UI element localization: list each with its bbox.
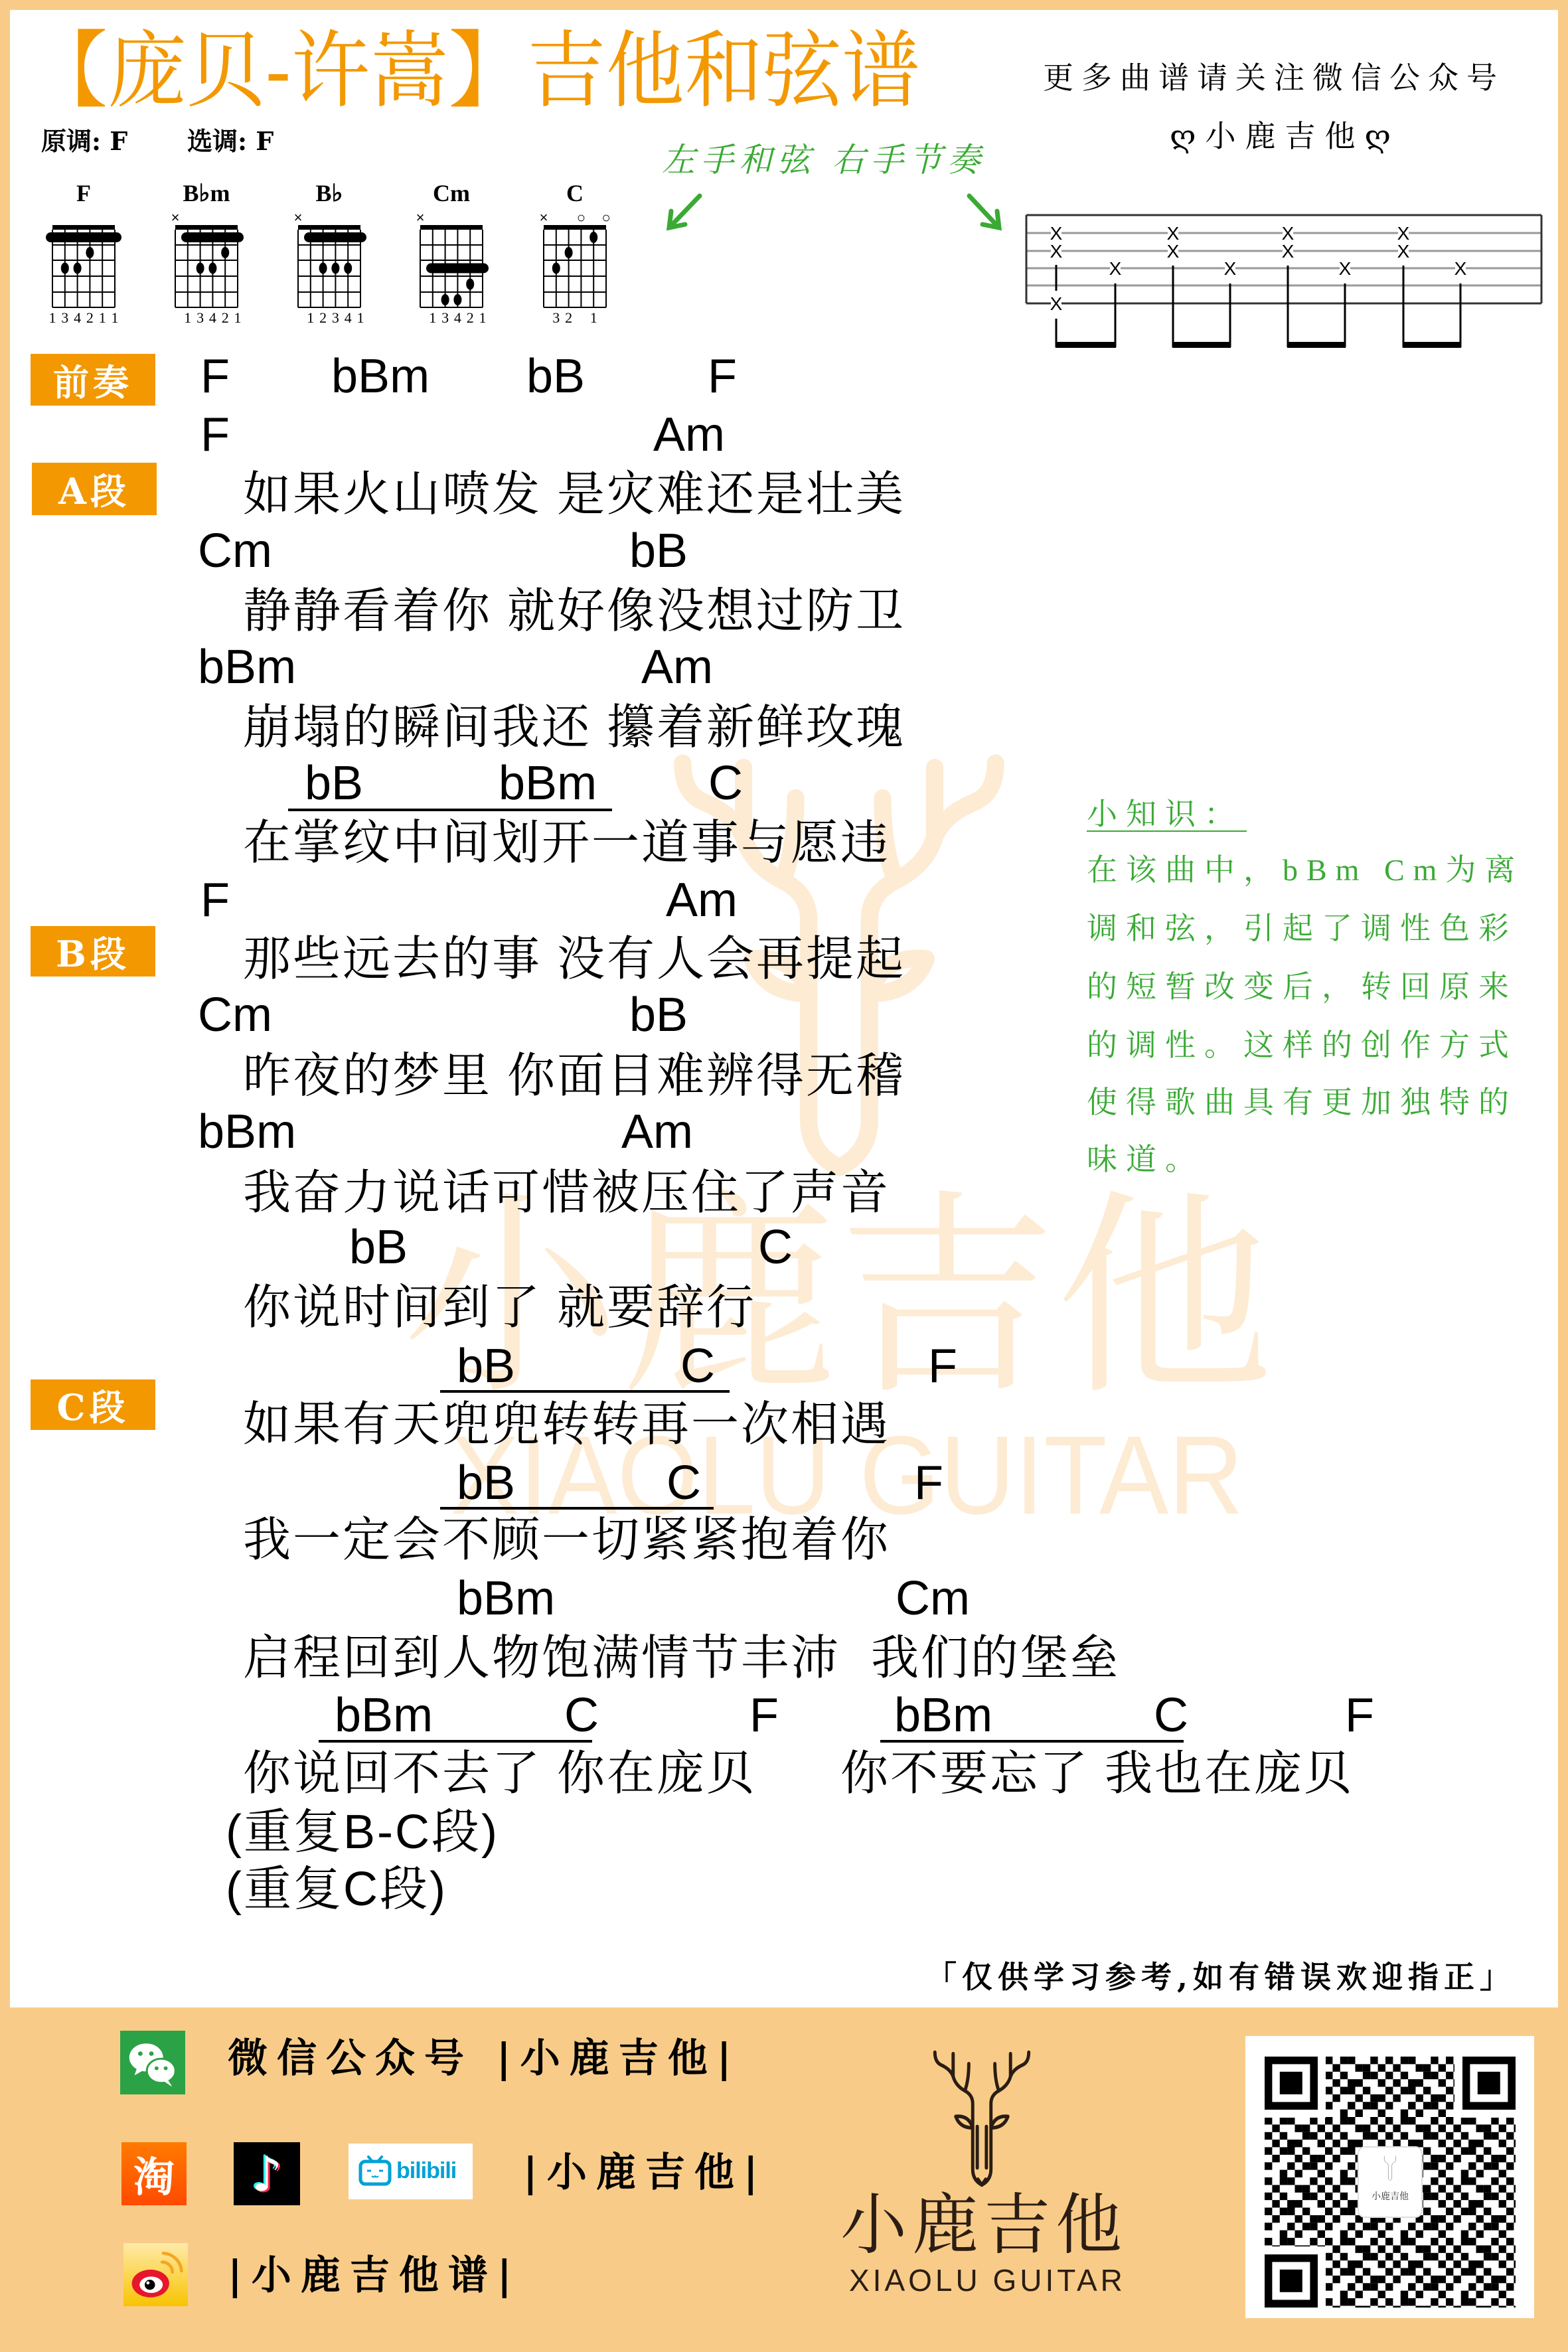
finger-number: 3 <box>552 309 560 326</box>
chord: C <box>666 1453 701 1513</box>
qr-finder-bottom-left <box>1265 2246 1326 2308</box>
tab-note: X <box>1282 241 1294 262</box>
tips-line: 使得歌曲具有更加独特的 <box>1087 1083 1518 1123</box>
finger-number: 2 <box>222 309 229 326</box>
tips-line: 的短暂改变后，转回原来 <box>1087 967 1518 1007</box>
chord-group-underline <box>440 1507 714 1510</box>
barre-icon <box>304 232 366 242</box>
tab-note: X <box>1109 258 1122 279</box>
chord: F <box>708 347 737 406</box>
section-label-intro: 前奏 <box>31 354 155 406</box>
finger-number: 2 <box>319 309 327 326</box>
finger-number: 4 <box>345 309 352 326</box>
chord: F <box>200 347 230 406</box>
finger-number: 1 <box>429 309 436 326</box>
taobao-icon: 淘 <box>121 2142 187 2205</box>
qr-code: 小鹿吉他 <box>1265 2057 1516 2308</box>
chord: F <box>914 1453 943 1513</box>
deer-logo-icon <box>910 2048 1054 2191</box>
lyric-line: 你说时间到了 就要辞行 <box>243 1278 756 1338</box>
chord: bBm <box>198 637 296 697</box>
bilibili-icon: bilibili <box>349 2144 473 2199</box>
tab-note: X <box>1050 293 1063 314</box>
open-string-icon: ○ <box>577 209 586 226</box>
tiktok-icon-glyph: ♪ <box>252 2146 282 2202</box>
finger-number: 1 <box>49 309 56 326</box>
chord: bB <box>457 1336 515 1396</box>
tips-line: 在该曲中，bBm Cm为离 <box>1087 850 1524 890</box>
chord: bBm <box>499 753 597 813</box>
tips-line: 味道。 <box>1087 1140 1204 1180</box>
finger-number: 3 <box>196 309 204 326</box>
lyric-line: 如果有天兜兜转转再一次相遇 <box>243 1395 890 1454</box>
finger-number: 2 <box>86 309 94 326</box>
chord: bB <box>629 521 688 581</box>
tips-title: 小知识： <box>1087 795 1243 834</box>
tab-note: X <box>1339 258 1352 279</box>
taobao-icon-glyph: 淘 <box>133 2144 175 2203</box>
finger-number: 1 <box>307 309 314 326</box>
chord: bB <box>349 1217 408 1277</box>
lyric-line: 我奋力说话可惜被压住了声音 <box>243 1163 890 1223</box>
lyric-line: 你说回不去了 你在庞贝 <box>243 1744 756 1804</box>
lyric-line: 静静看着你 就好像没想过防卫 <box>243 582 905 641</box>
finger-number: 3 <box>441 309 449 326</box>
chord: Cm <box>896 1569 970 1628</box>
lyric-line: 崩塌的瞬间我还 攥着新鲜玫瑰 <box>243 698 905 757</box>
muted-string-icon: × <box>294 209 303 226</box>
tips-line: 调和弦，引起了调性色彩 <box>1087 909 1518 949</box>
logo-brand-cn: 小鹿吉他 <box>840 2191 1127 2260</box>
chord: Am <box>666 870 738 930</box>
chord-name: C <box>566 180 584 206</box>
lyric-line: 你不要忘了 我也在庞贝 <box>840 1744 1354 1804</box>
repeat-note: (重复C段) <box>226 1859 447 1919</box>
chord: bB <box>305 753 363 813</box>
tiktok-icon: ♪ <box>234 2142 300 2205</box>
chord: C <box>1154 1686 1188 1745</box>
chord: Cm <box>198 521 272 581</box>
chord-group-underline <box>880 1740 1184 1743</box>
chord-group-underline <box>288 809 612 811</box>
barre-icon <box>181 232 244 242</box>
muted-string-icon: × <box>171 209 180 226</box>
platforms-account-text: |小鹿吉他| <box>523 2146 767 2199</box>
section-label-a: A段 <box>32 463 157 515</box>
finger-number: 4 <box>74 309 81 326</box>
chord: C <box>564 1686 599 1745</box>
chord: bB <box>629 985 688 1045</box>
chord: bBm <box>198 1102 296 1162</box>
lyric-line: 那些远去的事 没有人会再提起 <box>243 929 905 989</box>
qr-logo-text: 小鹿吉他 <box>1372 2191 1409 2201</box>
lyric-line: 我一定会不顾一切紧紧抱着你 <box>243 1510 890 1570</box>
chord-diagram-bbm: B♭m × 1 3 4 2 1 <box>171 180 244 326</box>
chord-diagram-cm: Cm × 1 3 4 2 1 <box>416 180 489 326</box>
chord-name: Cm <box>433 180 470 206</box>
chord: bB <box>457 1453 515 1513</box>
finger-number: 2 <box>467 309 474 326</box>
finger-number: 2 <box>565 309 572 326</box>
chord: F <box>928 1336 957 1396</box>
finger-number: 1 <box>479 309 487 326</box>
chord: bBm <box>457 1569 555 1628</box>
weibo-icon <box>123 2243 188 2306</box>
chord: Am <box>641 637 713 697</box>
tips-title-underline <box>1087 830 1247 832</box>
chord: Am <box>653 405 725 465</box>
chord-name: F <box>76 180 91 206</box>
muted-string-icon: × <box>540 209 548 226</box>
chord: C <box>680 1336 715 1396</box>
finger-number: 1 <box>112 309 119 326</box>
rhythm-tab: X X X X X X X X X X X X X <box>1026 215 1541 348</box>
chord: F <box>200 405 230 465</box>
tab-note: X <box>1397 241 1410 262</box>
tips-line: 的调性。这样的创作方式 <box>1087 1026 1518 1065</box>
tab-note: X <box>1167 241 1180 262</box>
chord-diagram-bb: B♭ × 1 2 3 4 1 <box>294 180 366 326</box>
chord: F <box>749 1686 779 1745</box>
chord-diagram-c: C × ○ ○ 3 2 1 <box>540 180 611 326</box>
chord: bB <box>526 347 585 406</box>
finger-number: 1 <box>234 309 242 326</box>
chord: C <box>758 1217 793 1277</box>
logo-brand-en: XIAOLU GUITAR <box>849 2265 1126 2296</box>
chord: F <box>200 870 230 930</box>
finger-number: 1 <box>357 309 364 326</box>
finger-number: 3 <box>332 309 339 326</box>
chord: Am <box>621 1102 693 1162</box>
chord: C <box>708 753 743 813</box>
qr-finder-top-right <box>1454 2057 1516 2118</box>
barre-icon <box>46 232 121 242</box>
finger-number: 1 <box>184 309 191 326</box>
finger-number: 4 <box>454 309 461 326</box>
chord-group-underline <box>440 1390 730 1393</box>
chord: F <box>1345 1686 1374 1745</box>
chord: bBm <box>335 1686 433 1745</box>
wechat-account-text: 微信公众号 |小鹿吉他| <box>228 2032 741 2085</box>
qr-finder-top-left <box>1265 2057 1326 2118</box>
lyric-line: 启程回到人物饱满情节丰沛 我们的堡垒 <box>243 1628 1120 1688</box>
disclaimer: 「仅供学习参考,如有错误欢迎指正」 <box>926 1957 1516 1997</box>
barre-icon <box>426 264 489 274</box>
finger-number: 3 <box>61 309 68 326</box>
bilibili-tv-icon <box>358 2154 392 2189</box>
arrow-down-right-icon <box>969 196 999 228</box>
lyric-line: 昨夜的梦里 你面目难辨得无稽 <box>243 1046 905 1106</box>
lyric-line: 在掌纹中间划开一道事与愿违 <box>243 813 890 873</box>
chord: bBm <box>894 1686 992 1745</box>
finger-number: 1 <box>590 309 597 326</box>
section-label-b: B段 <box>31 926 155 977</box>
repeat-note: (重复B-C段) <box>226 1802 499 1862</box>
finger-number: 1 <box>99 309 106 326</box>
bilibili-wordmark: bilibili <box>396 2158 456 2184</box>
header-graphics: F 1 3 4 2 1 1 B♭m × 1 3 4 <box>0 0 1568 372</box>
wechat-icon <box>120 2031 185 2094</box>
finger-number: 4 <box>209 309 216 326</box>
chord-name: B♭ <box>316 180 343 206</box>
lyric-line: 如果火山喷发 是灾难还是壮美 <box>243 465 905 524</box>
chord-group-underline <box>319 1740 592 1743</box>
chord-diagram-f: F 1 3 4 2 1 1 <box>46 180 121 326</box>
tab-note: X <box>1050 241 1063 262</box>
open-string-icon: ○ <box>601 209 610 226</box>
arrow-down-left-icon <box>669 196 700 228</box>
chord: Cm <box>198 985 272 1045</box>
section-label-c: C段 <box>31 1379 155 1430</box>
chord-name: B♭m <box>183 180 230 206</box>
tab-note: X <box>1454 258 1467 279</box>
chord: bBm <box>331 347 430 406</box>
tab-note: X <box>1224 258 1237 279</box>
weibo-account-text: |小鹿吉他谱| <box>228 2249 521 2302</box>
muted-string-icon: × <box>416 209 425 226</box>
